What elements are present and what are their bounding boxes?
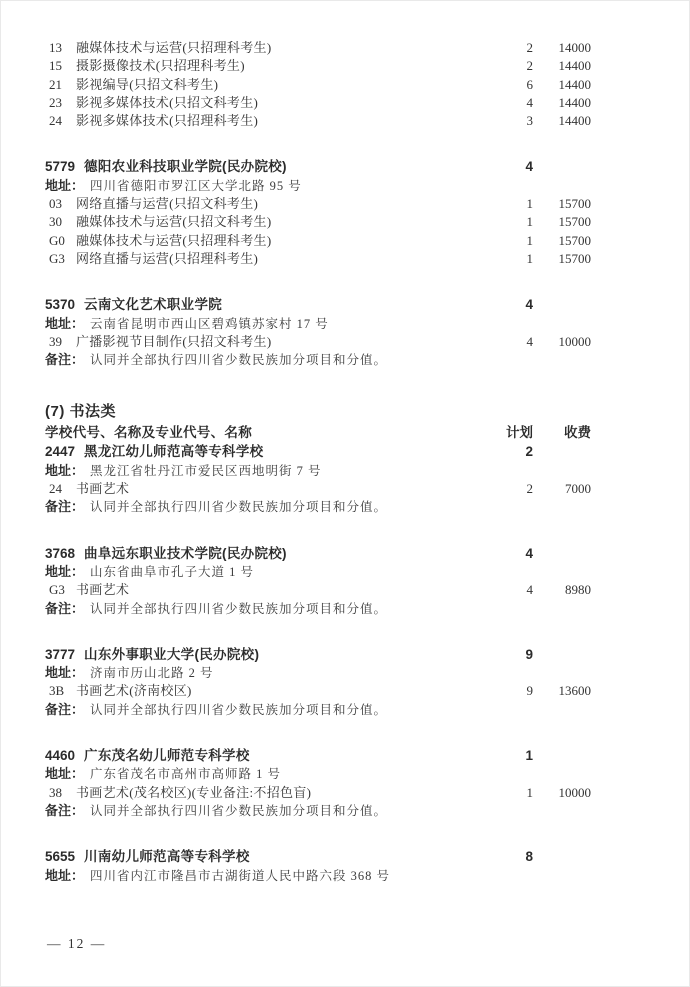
- major-code: 24: [49, 112, 69, 130]
- school-row: 3768 曲阜远东职业技术学院(民办院校) 4: [45, 545, 591, 563]
- note-text: 认同并全部执行四川省少数民族加分项目和分值。: [90, 802, 387, 820]
- major-name: 融媒体技术与运营(只招理科考生): [76, 232, 493, 250]
- major-row: 03 网络直播与运营(只招文科考生) 1 15700: [45, 195, 591, 213]
- address-label: 地址：: [45, 177, 84, 195]
- school-code: 5779: [45, 158, 75, 176]
- school-plan-value: 4: [493, 296, 533, 314]
- school-block: 5370 云南文化艺术职业学院 4 地址： 云南省昆明市西山区碧鸡镇苏家村 17…: [45, 296, 591, 369]
- note-text: 认同并全部执行四川省少数民族加分项目和分值。: [90, 600, 387, 618]
- major-name: 书画艺术: [76, 480, 493, 498]
- note-label: 备注：: [45, 498, 84, 516]
- address-label: 地址：: [45, 765, 84, 783]
- major-name: 网络直播与运营(只招文科考生): [76, 195, 493, 213]
- school-row: 3777 山东外事职业大学(民办院校) 9: [45, 646, 591, 664]
- plan-value: 1: [493, 195, 533, 213]
- fee-value: 14400: [533, 76, 591, 94]
- address-label: 地址：: [45, 563, 84, 581]
- major-code: 21: [49, 76, 69, 94]
- major-name: 摄影摄像技术(只招理科考生): [76, 57, 493, 75]
- major-name: 书画艺术(茂名校区)(专业备注:不招色盲): [76, 784, 493, 802]
- address-row: 地址： 广东省茂名市高州市高师路 1 号: [45, 765, 591, 783]
- fee-value: 15700: [533, 195, 591, 213]
- major-name: 影视多媒体技术(只招理科考生): [76, 112, 493, 130]
- note-label: 备注：: [45, 802, 84, 820]
- major-code: G3: [49, 250, 69, 268]
- address-row: 地址： 山东省曲阜市孔子大道 1 号: [45, 563, 591, 581]
- fee-value: 14000: [533, 39, 591, 57]
- major-row: 39 广播影视节目制作(只招文科考生) 4 10000: [45, 333, 591, 351]
- major-code: G0: [49, 232, 69, 250]
- note-text: 认同并全部执行四川省少数民族加分项目和分值。: [90, 498, 387, 516]
- address-label: 地址：: [45, 664, 84, 682]
- major-code: 24: [49, 480, 69, 498]
- major-name: 融媒体技术与运营(只招理科考生): [76, 39, 493, 57]
- note-row: 备注： 认同并全部执行四川省少数民族加分项目和分值。: [45, 600, 591, 618]
- note-row: 备注： 认同并全部执行四川省少数民族加分项目和分值。: [45, 802, 591, 820]
- header-school-column: 学校代号、名称及专业代号、名称: [45, 423, 493, 443]
- plan-value: 1: [493, 250, 533, 268]
- school-name: 山东外事职业大学(民办院校): [84, 646, 493, 664]
- school-block: 3777 山东外事职业大学(民办院校) 9 地址： 济南市历山北路 2 号 3B…: [45, 646, 591, 719]
- fee-value: 7000: [533, 480, 591, 498]
- address-label: 地址：: [45, 462, 84, 480]
- plan-value: 3: [493, 112, 533, 130]
- plan-value: 4: [493, 94, 533, 112]
- major-code: 23: [49, 94, 69, 112]
- address-text: 四川省德阳市罗江区大学北路 95 号: [90, 177, 302, 195]
- major-row: 24 书画艺术 2 7000: [45, 480, 591, 498]
- school-name: 川南幼儿师范高等专科学校: [84, 848, 493, 866]
- address-text: 四川省内江市隆昌市古湖街道人民中路六段 368 号: [90, 867, 390, 885]
- school-code: 3768: [45, 545, 75, 563]
- major-name: 书画艺术(济南校区): [76, 682, 493, 700]
- document-page: 13 融媒体技术与运营(只招理科考生) 2 14000 15 摄影摄像技术(只招…: [0, 0, 690, 987]
- school-row: 5370 云南文化艺术职业学院 4: [45, 296, 591, 314]
- note-row: 备注： 认同并全部执行四川省少数民族加分项目和分值。: [45, 498, 591, 516]
- school-row: 4460 广东茂名幼儿师范专科学校 1: [45, 747, 591, 765]
- fee-value: 10000: [533, 784, 591, 802]
- major-row: G3 书画艺术 4 8980: [45, 581, 591, 599]
- fee-value: 14400: [533, 112, 591, 130]
- school-row: 2447 黑龙江幼儿师范高等专科学校 2: [45, 443, 591, 461]
- school-plan-value: 9: [493, 646, 533, 664]
- school-block: 3768 曲阜远东职业技术学院(民办院校) 4 地址： 山东省曲阜市孔子大道 1…: [45, 545, 591, 618]
- school-block: 5779 德阳农业科技职业学院(民办院校) 4 地址： 四川省德阳市罗江区大学北…: [45, 158, 591, 268]
- category-heading: (7) 书法类: [45, 400, 591, 423]
- major-code: 30: [49, 213, 69, 231]
- note-row: 备注： 认同并全部执行四川省少数民族加分项目和分值。: [45, 701, 591, 719]
- note-label: 备注：: [45, 351, 84, 369]
- note-label: 备注：: [45, 600, 84, 618]
- note-text: 认同并全部执行四川省少数民族加分项目和分值。: [90, 351, 387, 369]
- plan-value: 9: [493, 682, 533, 700]
- address-text: 山东省曲阜市孔子大道 1 号: [90, 563, 254, 581]
- continuation-major-list: 13 融媒体技术与运营(只招理科考生) 2 14000 15 摄影摄像技术(只招…: [45, 39, 591, 130]
- major-row: 21 影视编导(只招文科考生) 6 14400: [45, 76, 591, 94]
- school-plan-value: 4: [493, 158, 533, 176]
- school-name: 曲阜远东职业技术学院(民办院校): [84, 545, 493, 563]
- major-row: 15 摄影摄像技术(只招理科考生) 2 14400: [45, 57, 591, 75]
- page-number: — 12 —: [47, 936, 106, 952]
- major-row: 24 影视多媒体技术(只招理科考生) 3 14400: [45, 112, 591, 130]
- major-name: 网络直播与运营(只招理科考生): [76, 250, 493, 268]
- major-row: 30 融媒体技术与运营(只招文科考生) 1 15700: [45, 213, 591, 231]
- school-plan-value: 2: [493, 443, 533, 461]
- major-code: 13: [49, 39, 69, 57]
- school-row: 5779 德阳农业科技职业学院(民办院校) 4: [45, 158, 591, 176]
- school-name: 黑龙江幼儿师范高等专科学校: [84, 443, 493, 461]
- school-plan-value: 8: [493, 848, 533, 866]
- major-row: 38 书画艺术(茂名校区)(专业备注:不招色盲) 1 10000: [45, 784, 591, 802]
- fee-value: 10000: [533, 333, 591, 351]
- major-name: 影视多媒体技术(只招文科考生): [76, 94, 493, 112]
- major-row: 3B 书画艺术(济南校区) 9 13600: [45, 682, 591, 700]
- address-row: 地址： 四川省内江市隆昌市古湖街道人民中路六段 368 号: [45, 867, 591, 885]
- plan-value: 1: [493, 213, 533, 231]
- school-code: 3777: [45, 646, 75, 664]
- note-label: 备注：: [45, 701, 84, 719]
- address-row: 地址： 济南市历山北路 2 号: [45, 664, 591, 682]
- plan-value: 2: [493, 480, 533, 498]
- plan-value: 4: [493, 581, 533, 599]
- note-text: 认同并全部执行四川省少数民族加分项目和分值。: [90, 701, 387, 719]
- major-row: G0 融媒体技术与运营(只招理科考生) 1 15700: [45, 232, 591, 250]
- header-plan-column: 计划: [493, 423, 533, 443]
- address-text: 云南省昆明市西山区碧鸡镇苏家村 17 号: [90, 315, 329, 333]
- school-code: 2447: [45, 443, 75, 461]
- major-row: G3 网络直播与运营(只招理科考生) 1 15700: [45, 250, 591, 268]
- fee-value: 15700: [533, 250, 591, 268]
- address-row: 地址： 四川省德阳市罗江区大学北路 95 号: [45, 177, 591, 195]
- plan-value: 2: [493, 39, 533, 57]
- plan-value: 2: [493, 57, 533, 75]
- address-text: 广东省茂名市高州市高师路 1 号: [90, 765, 281, 783]
- address-row: 地址： 黑龙江省牡丹江市爱民区西地明街 7 号: [45, 462, 591, 480]
- school-name: 德阳农业科技职业学院(民办院校): [84, 158, 493, 176]
- address-row: 地址： 云南省昆明市西山区碧鸡镇苏家村 17 号: [45, 315, 591, 333]
- school-name: 云南文化艺术职业学院: [84, 296, 493, 314]
- major-name: 书画艺术: [76, 581, 493, 599]
- school-name: 广东茂名幼儿师范专科学校: [84, 747, 493, 765]
- table-header-row: 学校代号、名称及专业代号、名称 计划 收费: [45, 423, 591, 443]
- school-plan-value: 1: [493, 747, 533, 765]
- plan-value: 4: [493, 333, 533, 351]
- school-block: 5655 川南幼儿师范高等专科学校 8 地址： 四川省内江市隆昌市古湖街道人民中…: [45, 848, 591, 885]
- major-row: 23 影视多媒体技术(只招文科考生) 4 14400: [45, 94, 591, 112]
- address-label: 地址：: [45, 867, 84, 885]
- plan-value: 6: [493, 76, 533, 94]
- school-code: 4460: [45, 747, 75, 765]
- major-name: 融媒体技术与运营(只招文科考生): [76, 213, 493, 231]
- major-code: 15: [49, 57, 69, 75]
- school-code: 5370: [45, 296, 75, 314]
- fee-value: 8980: [533, 581, 591, 599]
- major-code: 39: [49, 333, 69, 351]
- major-code: 3B: [49, 682, 69, 700]
- fee-value: 14400: [533, 57, 591, 75]
- address-text: 黑龙江省牡丹江市爱民区西地明街 7 号: [90, 462, 322, 480]
- address-label: 地址：: [45, 315, 84, 333]
- major-row: 13 融媒体技术与运营(只招理科考生) 2 14000: [45, 39, 591, 57]
- major-name: 影视编导(只招文科考生): [76, 76, 493, 94]
- school-block: 4460 广东茂名幼儿师范专科学校 1 地址： 广东省茂名市高州市高师路 1 号…: [45, 747, 591, 820]
- school-code: 5655: [45, 848, 75, 866]
- school-row: 5655 川南幼儿师范高等专科学校 8: [45, 848, 591, 866]
- plan-value: 1: [493, 784, 533, 802]
- school-block: 2447 黑龙江幼儿师范高等专科学校 2 地址： 黑龙江省牡丹江市爱民区西地明街…: [45, 443, 591, 516]
- school-plan-value: 4: [493, 545, 533, 563]
- note-row: 备注： 认同并全部执行四川省少数民族加分项目和分值。: [45, 351, 591, 369]
- major-code: 03: [49, 195, 69, 213]
- header-fee-column: 收费: [533, 423, 591, 443]
- major-code: 38: [49, 784, 69, 802]
- address-text: 济南市历山北路 2 号: [90, 664, 214, 682]
- fee-value: 14400: [533, 94, 591, 112]
- major-code: G3: [49, 581, 69, 599]
- major-name: 广播影视节目制作(只招文科考生): [76, 333, 493, 351]
- fee-value: 15700: [533, 232, 591, 250]
- fee-value: 13600: [533, 682, 591, 700]
- plan-value: 1: [493, 232, 533, 250]
- fee-value: 15700: [533, 213, 591, 231]
